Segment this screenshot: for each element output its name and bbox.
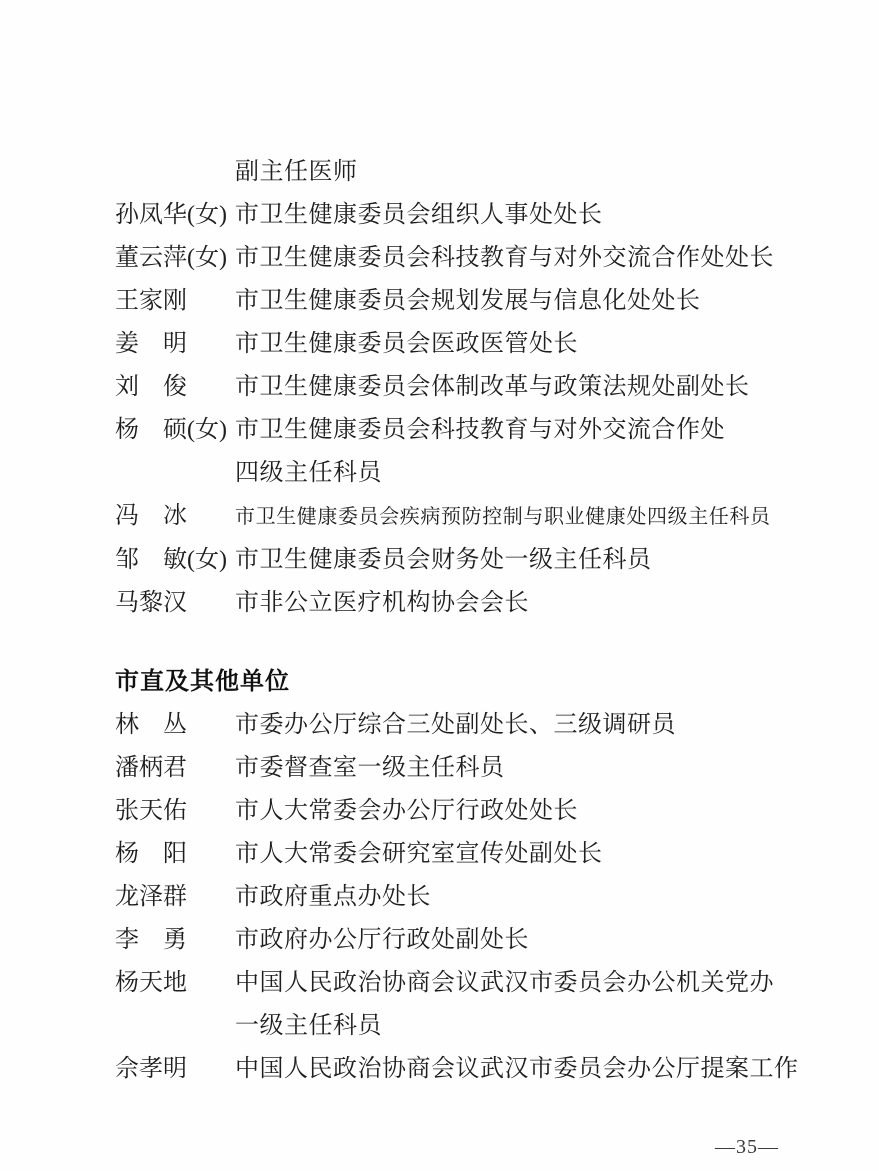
continuation-row: 副主任医师 xyxy=(115,151,795,194)
name-cell: 杨 阳 xyxy=(115,833,235,876)
name-cell: 杨天地 xyxy=(115,962,235,1005)
name-cell: 杨 硕(女) xyxy=(115,409,235,452)
name-cell: 张天佑 xyxy=(115,790,235,833)
name-cell: 潘柄君 xyxy=(115,747,235,790)
position-text: 市卫生健康委员会科技教育与对外交流合作处处长 xyxy=(235,237,795,280)
entry-row: 马黎汉 市非公立医疗机构协会会长 xyxy=(115,582,795,625)
gender-marker: (女) xyxy=(187,417,227,443)
entry-row: 杨 阳 市人大常委会研究室宣传处副处长 xyxy=(115,833,795,876)
position-text: 副主任医师 xyxy=(235,151,795,194)
name-cell: 孙凤华(女) xyxy=(115,194,235,237)
person-name: 刘 俊 xyxy=(115,374,187,400)
position-text: 一级主任科员 xyxy=(235,1005,795,1048)
entry-row: 龙泽群 市政府重点办处长 xyxy=(115,876,795,919)
entry-row: 杨 硕(女) 市卫生健康委员会科技教育与对外交流合作处 xyxy=(115,409,795,452)
page-number: —35— xyxy=(715,1136,779,1159)
person-name: 林 丛 xyxy=(115,712,187,738)
position-text: 市政府办公厅行政处副处长 xyxy=(235,919,795,962)
person-name: 董云萍 xyxy=(115,245,187,271)
position-text: 市卫生健康委员会医政医管处长 xyxy=(235,323,795,366)
position-text: 市卫生健康委员会科技教育与对外交流合作处 xyxy=(235,409,795,452)
name-cell: 佘孝明 xyxy=(115,1048,235,1091)
entry-row: 孙凤华(女) 市卫生健康委员会组织人事处处长 xyxy=(115,194,795,237)
position-text: 市委办公厅综合三处副处长、三级调研员 xyxy=(235,704,795,747)
entry-row: 李 勇 市政府办公厅行政处副处长 xyxy=(115,919,795,962)
position-text: 四级主任科员 xyxy=(235,452,795,495)
position-text: 中国人民政治协商会议武汉市委员会办公机关党办 xyxy=(235,962,795,1005)
person-name: 邹 敏 xyxy=(115,547,187,573)
name-cell: 冯 冰 xyxy=(115,495,235,538)
name-cell: 马黎汉 xyxy=(115,582,235,625)
entry-row: 冯 冰 市卫生健康委员会疾病预防控制与职业健康处四级主任科员 xyxy=(115,495,795,539)
name-cell: 邹 敏(女) xyxy=(115,539,235,582)
entry-row: 刘 俊 市卫生健康委员会体制改革与政策法规处副处长 xyxy=(115,366,795,409)
entry-row: 林 丛 市委办公厅综合三处副处长、三级调研员 xyxy=(115,704,795,747)
name-cell: 李 勇 xyxy=(115,919,235,962)
position-text: 市非公立医疗机构协会会长 xyxy=(235,582,795,625)
gender-marker: (女) xyxy=(187,245,227,271)
position-text: 市人大常委会研究室宣传处副处长 xyxy=(235,833,795,876)
person-name: 王家刚 xyxy=(115,288,187,314)
person-name: 杨天地 xyxy=(115,970,187,996)
position-text: 市政府重点办处长 xyxy=(235,876,795,919)
entry-row: 张天佑 市人大常委会办公厅行政处处长 xyxy=(115,790,795,833)
gender-marker: (女) xyxy=(187,202,227,228)
name-cell: 林 丛 xyxy=(115,704,235,747)
continuation-row: 一级主任科员 xyxy=(115,1005,795,1048)
name-cell: 王家刚 xyxy=(115,280,235,323)
person-name: 李 勇 xyxy=(115,927,187,953)
person-name: 孙凤华 xyxy=(115,202,187,228)
person-name: 马黎汉 xyxy=(115,590,187,616)
entry-row: 姜 明 市卫生健康委员会医政医管处长 xyxy=(115,323,795,366)
entry-row: 潘柄君 市委督查室一级主任科员 xyxy=(115,747,795,790)
position-text: 市卫生健康委员会规划发展与信息化处处长 xyxy=(235,280,795,323)
name-cell: 龙泽群 xyxy=(115,876,235,919)
entry-row: 董云萍(女) 市卫生健康委员会科技教育与对外交流合作处处长 xyxy=(115,237,795,280)
position-text: 市卫生健康委员会疾病预防控制与职业健康处四级主任科员 xyxy=(235,496,795,539)
roster-list: 副主任医师 孙凤华(女) 市卫生健康委员会组织人事处处长 董云萍(女) 市卫生健… xyxy=(115,151,795,1091)
person-name: 佘孝明 xyxy=(115,1056,187,1082)
position-text: 市卫生健康委员会财务处一级主任科员 xyxy=(235,539,795,582)
person-name: 杨 阳 xyxy=(115,841,187,867)
person-name: 杨 硕 xyxy=(115,417,187,443)
name-cell: 姜 明 xyxy=(115,323,235,366)
person-name: 潘柄君 xyxy=(115,755,187,781)
entry-row: 王家刚 市卫生健康委员会规划发展与信息化处处长 xyxy=(115,280,795,323)
position-text: 市卫生健康委员会组织人事处处长 xyxy=(235,194,795,237)
person-name: 冯 冰 xyxy=(115,503,187,529)
person-name: 张天佑 xyxy=(115,798,187,824)
position-text: 市人大常委会办公厅行政处处长 xyxy=(235,790,795,833)
section-heading: 市直及其他单位 xyxy=(115,660,795,704)
name-cell: 刘 俊 xyxy=(115,366,235,409)
position-text: 市卫生健康委员会体制改革与政策法规处副处长 xyxy=(235,366,795,409)
position-text: 中国人民政治协商会议武汉市委员会办公厅提案工作 xyxy=(235,1048,799,1091)
person-name: 姜 明 xyxy=(115,331,187,357)
continuation-row: 四级主任科员 xyxy=(115,452,795,495)
person-name: 龙泽群 xyxy=(115,884,187,910)
entry-row: 佘孝明 中国人民政治协商会议武汉市委员会办公厅提案工作 xyxy=(115,1048,795,1091)
position-text: 市委督查室一级主任科员 xyxy=(235,747,795,790)
gender-marker: (女) xyxy=(187,547,227,573)
entry-row: 杨天地 中国人民政治协商会议武汉市委员会办公机关党办 xyxy=(115,962,795,1005)
name-cell: 董云萍(女) xyxy=(115,237,235,280)
entry-row: 邹 敏(女) 市卫生健康委员会财务处一级主任科员 xyxy=(115,539,795,582)
document-page: 副主任医师 孙凤华(女) 市卫生健康委员会组织人事处处长 董云萍(女) 市卫生健… xyxy=(0,0,879,1171)
